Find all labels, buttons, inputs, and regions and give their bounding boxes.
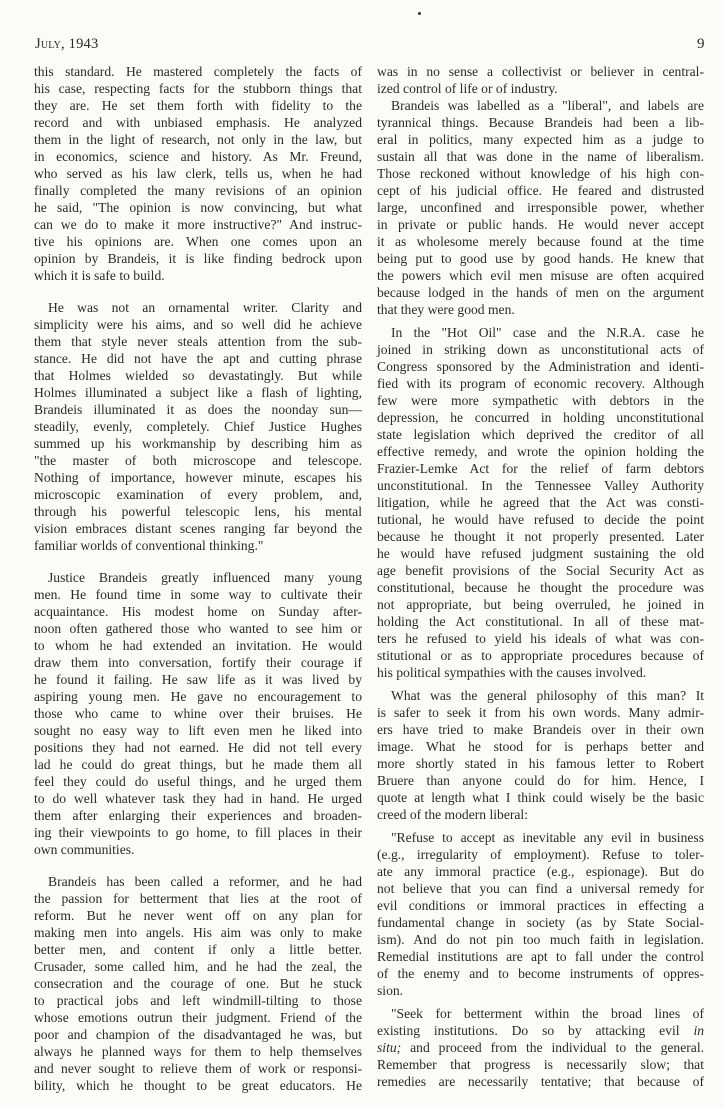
text-line: the passion for betterment that lies at … [34,890,362,907]
text-line: noon often gathered those who wanted to … [34,620,362,637]
text-line: sustain all that was done in the name of… [377,148,704,165]
text-line: unconstitutional. In the Tennessee Valle… [377,477,704,494]
text-line: own communities. [34,841,362,858]
quote-refuse-to-accept: "Refuse to accept as inevitable any evil… [377,829,704,999]
text-line: to whom he had extended an invitation. H… [34,637,362,654]
text-line: depression, he concurred in holding unco… [377,409,704,426]
text-line: draw them into conversation, fortify the… [34,654,362,671]
text-line: Crusader, some called him, and he had th… [34,958,362,975]
text-line: reform. But he never went off on any pla… [34,907,362,924]
text-line: was in no sense a collectivist or believ… [377,63,704,80]
text-line: few were more sympathetic with debtors i… [377,392,704,409]
paragraph-hot-oil: In the "Hot Oil" case and the N.R.A. cas… [377,324,704,681]
text-line: always he planned ways for them to help … [34,1043,362,1060]
text-run: existing institutions. Do so by attackin… [377,1023,680,1038]
paragraph-collectivist: was in no sense a collectivist or believ… [377,63,704,97]
text-line: fundamental change in society (as by Sta… [377,914,704,931]
text-line: microscopic examination of every problem… [34,486,362,503]
text-line: not believe that you can find a universa… [377,880,704,897]
text-line: he would have refused judgment sustainin… [377,545,704,562]
text-line: bility, which he thought to be great edu… [34,1077,362,1094]
text-line: "Refuse to accept as inevitable any evil… [377,829,704,846]
text-line: age benefit provisions of the Social Sec… [377,562,704,579]
text-line: not appropriate, but being overruled, he… [377,596,704,613]
text-line: stance. He did not have the apt and cutt… [34,350,362,367]
text-line: who served as his law clerk, tells us, w… [34,165,362,182]
text-line: it as wholesome merely because found at … [377,233,704,250]
text-line: Justice Brandeis greatly influenced many… [34,569,362,586]
text-line: more shortly stated in his famous letter… [377,755,704,772]
text-line: "the master of both microscope and teles… [34,452,362,469]
text-line: cept of his judicial office. He feared a… [377,182,704,199]
text-line: creed of the modern liberal: [377,806,704,823]
text-line: simplicity were his aims, and so well di… [34,316,362,333]
left-column: this standard. He mastered completely th… [34,63,362,1094]
text-line: being put to good use by good hands. He … [377,250,704,267]
text-line: joined in striking down as unconstitutio… [377,341,704,358]
text-line: evil conditions or immoral practices in … [377,897,704,914]
text-line: his case, respecting facts for the stubb… [34,80,362,97]
text-line: that they were good men. [377,301,704,318]
text-line: Bruere than anyone could do for him. Hen… [377,772,704,789]
text-line: sion. [377,982,704,999]
text-line: existing institutions. Do so by attackin… [377,1022,704,1039]
text-line: summed up his workmanship by describing … [34,435,362,452]
paragraph-standard: this standard. He mastered completely th… [34,63,362,284]
text-line: because lodged in the hands of men on th… [377,284,704,301]
text-line: large, unconfined and irresponsible powe… [377,199,704,216]
text-line: Holmes illuminated a subject like a flas… [34,384,362,401]
text-line: Frazier-Lemke Act for the relief of farm… [377,460,704,477]
text-line: through his powerful telescopic lens, hi… [34,503,362,520]
text-line: and never sought to relieve them of work… [34,1060,362,1077]
text-run: and proceed from the individual to the g… [410,1040,704,1055]
text-line: sought no easy way to lift even men he l… [34,722,362,739]
text-line: he found it failing. He saw life as it w… [34,671,362,688]
text-line: fied with its program of economic recove… [377,375,704,392]
text-line: litigation, while he agreed that the Act… [377,494,704,511]
text-line: "Seek for betterment within the broad li… [377,1005,704,1022]
text-line: (e.g., irregularity of employment). Refu… [377,846,704,863]
text-line: because he thought it not properly prese… [377,528,704,545]
text-line: tutional, he would have refused to decid… [377,511,704,528]
quote-seek-for-betterment: "Seek for betterment within the broad li… [377,1005,704,1090]
text-line: of the enemy and to become instruments o… [377,965,704,982]
text-line: acquaintance. His modest home on Sunday … [34,603,362,620]
text-line: remedies are necessarily tentative; that… [377,1073,704,1090]
text-line: positions they had not earned. He did no… [34,739,362,756]
text-line: image. What he stood for is perhaps bett… [377,738,704,755]
text-line: state legislation which deprived the cre… [377,426,704,443]
text-line: ing their viewpoints to go home, to fill… [34,824,362,841]
text-line: quote at length what I think could wisel… [377,789,704,806]
text-line: effective remedy, and wrote the opinion … [377,443,704,460]
text-line: which it is safe to build. [34,267,362,284]
text-line: aspiring young men. He gave no encourage… [34,688,362,705]
text-line: them in the light of research, not only … [34,131,362,148]
text-line: is safer to seek it from his own words. … [377,704,704,721]
text-line: In the "Hot Oil" case and the N.R.A. cas… [377,324,704,341]
text-line: the powers which evil men misuse are oft… [377,267,704,284]
text-line: Brandeis has been called a reformer, and… [34,873,362,890]
text-line: record and with unbiased emphasis. He an… [34,114,362,131]
text-line: he said, "The opinion is now convincing,… [34,199,362,216]
text-line: Nothing of importance, however minute, e… [34,469,362,486]
text-line: holding the Act constitutional. In all o… [377,613,704,630]
text-line: ized control of life or of industry. [377,80,704,97]
paragraph-young-men: Justice Brandeis greatly influenced many… [34,569,362,858]
running-head-text: July, 1943 [35,36,98,52]
scan-speck [418,12,421,15]
text-line: tyrannical things. Because Brandeis had … [377,114,704,131]
text-line: them after enlarging their experiences a… [34,807,362,824]
paragraph-liberal-label: Brandeis was labelled as a "liberal", an… [377,97,704,318]
text-line: ate any immoral practice (e.g., espionag… [377,863,704,880]
text-line: Remember that progress is necessarily sl… [377,1056,704,1073]
text-line: Brandeis was labelled as a "liberal", an… [377,97,704,114]
text-line: men. He found time in some way to cultiv… [34,586,362,603]
document-page: July, 1943 9 this standard. He mastered … [0,0,724,1108]
paragraph-ornamental-writer: He was not an ornamental writer. Clarity… [34,299,362,554]
text-line: ers have tried to make Brandeis over in … [377,721,704,738]
text-line: Remedial institutions are apt to fall un… [377,948,704,965]
paragraph-philosophy: What was the general philosophy of this … [377,687,704,823]
text-line: lad he could do great things, but he mad… [34,756,362,773]
text-line: Congress sponsored by the Administration… [377,358,704,375]
text-line: stitutional or as to appropriate procedu… [377,647,704,664]
text-line: Brandeis illuminated it as does the noon… [34,401,362,418]
paragraph-reformer: Brandeis has been called a reformer, and… [34,873,362,1094]
text-line: tive his opinions are. When one comes up… [34,233,362,250]
text-line: in private or public hands. He would nev… [377,216,704,233]
text-line: this standard. He mastered completely th… [34,63,362,80]
text-line: to do well whatever task they had in han… [34,790,362,807]
text-line: can we do to make it more instructive?" … [34,216,362,233]
text-line: steadily, evenly, completely. Chief Just… [34,418,362,435]
running-head: July, 1943 [35,36,98,53]
text-line: his political sympathies with the causes… [377,664,704,681]
italic-situ: situ; [377,1040,401,1055]
text-line: ism). And do not pin too much faith in l… [377,931,704,948]
text-line: eral in politics, many expected him as a… [377,131,704,148]
text-line: them that style never steals attention f… [34,333,362,350]
text-line: He was not an ornamental writer. Clarity… [34,299,362,316]
text-line: Those reckoned without knowledge of his … [377,165,704,182]
text-line: whose emotions outrun their judgment. Fr… [34,1009,362,1026]
text-line: familiar worlds of conventional thinking… [34,537,362,554]
italic-in: in [693,1023,704,1038]
text-line: to practical jobs and left windmill-tilt… [34,992,362,1009]
text-line: poor and champion of the disadvantaged h… [34,1026,362,1043]
text-line: in economics, science and history. As Mr… [34,148,362,165]
text-line: that Holmes wielded so devastatingly. Bu… [34,367,362,384]
text-line: finally completed the many revisions of … [34,182,362,199]
text-line: constitutional, because he thought the p… [377,579,704,596]
text-line: making men into angels. His aim was only… [34,924,362,941]
text-line: situ; and proceed from the individual to… [377,1039,704,1056]
text-line: better men, and content if only a little… [34,941,362,958]
right-column: was in no sense a collectivist or believ… [377,63,704,1090]
text-line: opinion by Brandeis, it is like finding … [34,250,362,267]
text-line: feel they could do useful things, and he… [34,773,362,790]
text-line: they are. He set them forth with fidelit… [34,97,362,114]
page-number: 9 [697,36,705,53]
text-line: ters he refused to yield his ideals of w… [377,630,704,647]
text-line: consecration and the courage of one. But… [34,975,362,992]
text-line: What was the general philosophy of this … [377,687,704,704]
text-line: vision embraces distant scenes ranging f… [34,520,362,537]
text-line: those who came to whine over their bruis… [34,705,362,722]
